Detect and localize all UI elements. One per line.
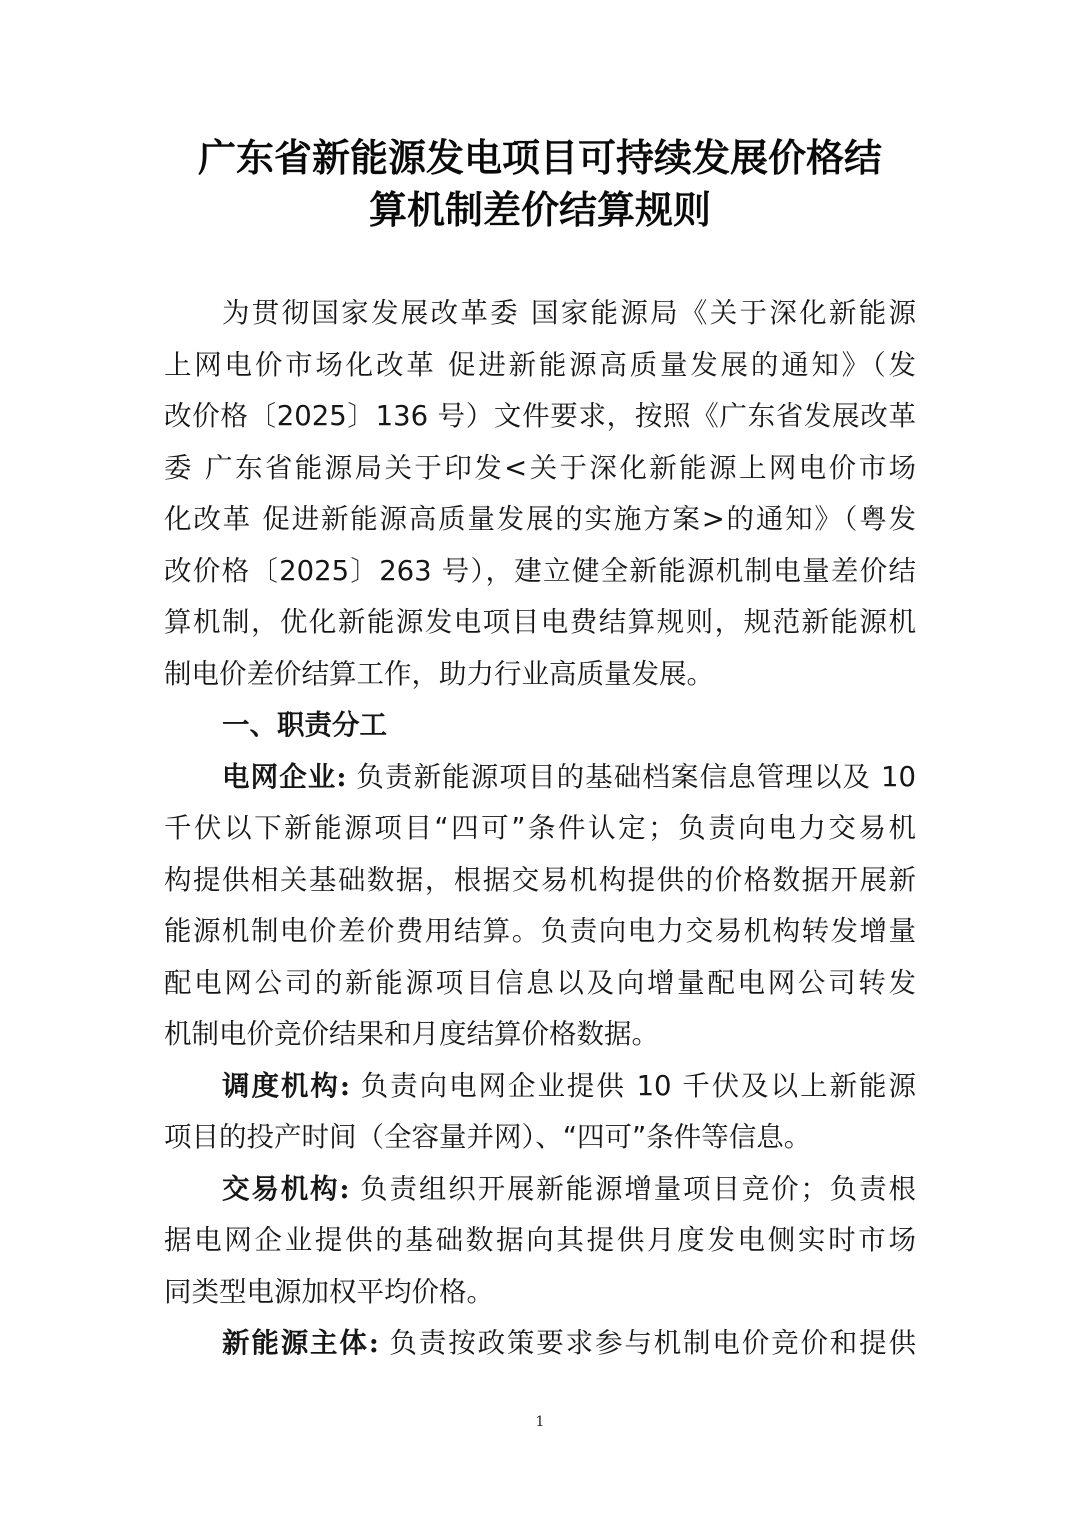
- intro-line-5: 化改革 促进新能源高质量发展的实施方案>的通知》（粤发: [164, 494, 916, 546]
- grid-company-lead: 电网企业:: [222, 761, 347, 793]
- grid-company-line-1: 电网企业: 负责新能源项目的基础档案信息管理以及 10: [164, 752, 916, 804]
- page-number: 1: [520, 1414, 560, 1430]
- dispatch-line-1: 调度机构: 负责向电网企业提供 10 千伏及以上新能源: [164, 1061, 916, 1113]
- grid-company-first-line: 负责新能源项目的基础档案信息管理以及 10: [347, 761, 916, 793]
- dispatch-lead: 调度机构:: [222, 1070, 350, 1102]
- title-line-1: 广东省新能源发电项目可持续发展价格结: [150, 132, 930, 184]
- trading-line-2: 据电网企业提供的基础数据向其提供月度发电侧实时市场: [164, 1215, 916, 1267]
- grid-company-line-2: 千伏以下新能源项目“四可”条件认定；负责向电力交易机: [164, 803, 916, 855]
- new-energy-entity-line-1: 新能源主体: 负责按政策要求参与机制电价竞价和提供: [164, 1318, 916, 1370]
- grid-company-line-6: 机制电价竞价结果和月度结算价格数据。: [164, 1009, 916, 1061]
- grid-company-line-4: 能源机制电价差价费用结算。负责向电力交易机构转发增量: [164, 906, 916, 958]
- intro-line-6: 改价格〔2025〕263 号），建立健全新能源机制电量差价结: [164, 546, 916, 598]
- trading-lead: 交易机构:: [222, 1173, 350, 1205]
- intro-line-3: 改价格〔2025〕136 号）文件要求，按照《广东省发展改革: [164, 391, 916, 443]
- trading-line-1: 交易机构: 负责组织开展新能源增量项目竞价；负责根: [164, 1164, 916, 1216]
- document-page: 广东省新能源发电项目可持续发展价格结 算机制差价结算规则 为贯彻国家发展改革委 …: [0, 0, 1080, 1527]
- trading-line-3: 同类型电源加权平均价格。: [164, 1267, 916, 1319]
- section-heading-responsibilities: 一、职责分工: [164, 700, 916, 752]
- intro-line-1: 为贯彻国家发展改革委 国家能源局《关于深化新能源: [164, 288, 916, 340]
- grid-company-line-3: 构提供相关基础数据，根据交易机构提供的价格数据开展新: [164, 855, 916, 907]
- title-line-2: 算机制差价结算规则: [150, 184, 930, 236]
- dispatch-line-2: 项目的投产时间（全容量并网）、“四可”条件等信息。: [164, 1112, 916, 1164]
- trading-first-line: 负责组织开展新能源增量项目竞价；负责根: [350, 1173, 916, 1205]
- intro-line-8: 制电价差价结算工作，助力行业高质量发展。: [164, 649, 916, 701]
- grid-company-line-5: 配电网公司的新能源项目信息以及向增量配电网公司转发: [164, 958, 916, 1010]
- intro-line-7: 算机制，优化新能源发电项目电费结算规则，规范新能源机: [164, 597, 916, 649]
- intro-line-2: 上网电价市场化改革 促进新能源高质量发展的通知》（发: [164, 340, 916, 392]
- new-energy-entity-first-line: 负责按政策要求参与机制电价竞价和提供: [379, 1327, 916, 1359]
- document-title: 广东省新能源发电项目可持续发展价格结 算机制差价结算规则: [150, 132, 930, 236]
- new-energy-entity-lead: 新能源主体:: [222, 1327, 379, 1359]
- dispatch-first-line: 负责向电网企业提供 10 千伏及以上新能源: [350, 1070, 916, 1102]
- intro-line-4: 委 广东省能源局关于印发<关于深化新能源上网电价市场: [164, 443, 916, 495]
- document-body: 为贯彻国家发展改革委 国家能源局《关于深化新能源 上网电价市场化改革 促进新能源…: [164, 288, 916, 1370]
